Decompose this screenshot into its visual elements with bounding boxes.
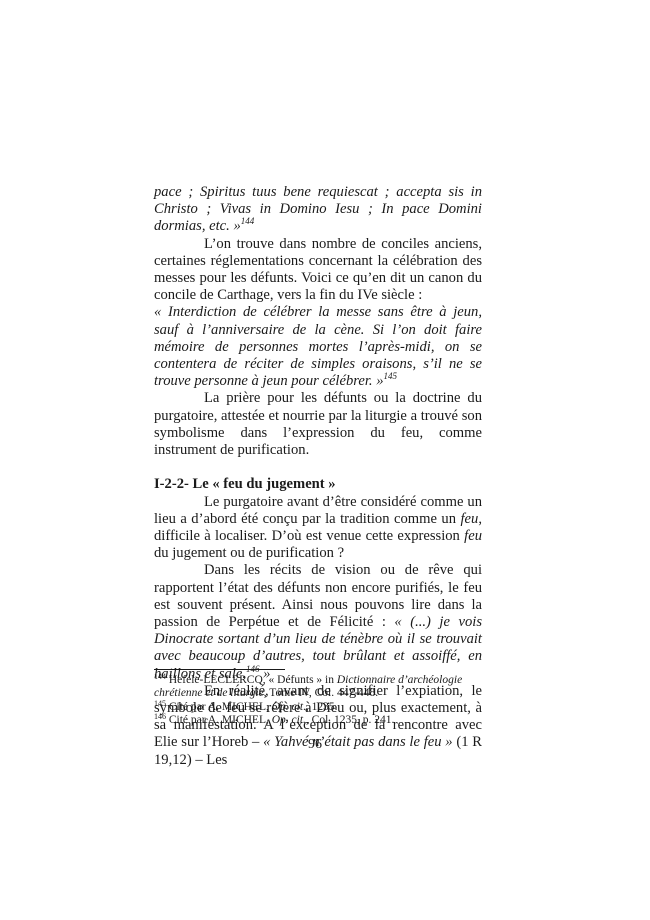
paragraph-carthage-quote: « Interdiction de célébrer la messe sans…	[154, 304, 482, 390]
footnote-number: 146	[154, 712, 166, 721]
paragraph-visions: Dans les récits de vision ou de rêve qui…	[154, 562, 482, 682]
footnote-145: 145 Cité par A. MICHEL, Op. cit., 1235.	[154, 701, 484, 714]
footnote-divider	[154, 669, 285, 670]
footnote-text: Hefele-LECLERCQ, « Défunts » in	[166, 674, 337, 686]
footnote-text: , Tome IV, Col. 447-448.	[264, 687, 378, 699]
quote-text: « Interdiction de célébrer la messe sans…	[154, 304, 482, 389]
footnote-text: , Col. 1235, p. 241.	[306, 714, 395, 726]
paragraph-priere: La prière pour les défunts ou la doctrin…	[154, 390, 482, 459]
footnote-text: Cité par A. MICHEL,	[166, 714, 272, 726]
spacer	[154, 459, 482, 476]
footnote-title: Op. cit	[272, 701, 303, 713]
footnote-title: Op. cit.	[272, 714, 306, 726]
footnote-text: Cité par A. MICHEL,	[166, 701, 272, 713]
footnote-text: ., 1235.	[303, 701, 338, 713]
paragraph-text: du jugement ou de purification ?	[154, 545, 344, 561]
footnote-number: 144	[154, 672, 166, 681]
footnote-ref-144[interactable]: 144	[241, 216, 255, 226]
paragraph-purgatoire: Le purgatoire avant d’être considéré com…	[154, 494, 482, 563]
page-number: 96	[0, 737, 630, 753]
footnote-146: 146 Cité par A. MICHEL, Op. cit., Col. 1…	[154, 714, 484, 727]
emphasis-feu: feu	[464, 528, 482, 544]
paragraph-councils: L’on trouve dans nombre de conciles anci…	[154, 236, 482, 305]
footnote-ref-145[interactable]: 145	[384, 371, 398, 381]
emphasis-feu: feu	[461, 511, 479, 527]
footnotes: 144 Hefele-LECLERCQ, « Défunts » in Dict…	[154, 674, 484, 728]
quote-text: pace ; Spiritus tuus bene requiescat ; a…	[154, 184, 482, 234]
footnote-number: 145	[154, 699, 166, 708]
paragraph-text: Le purgatoire avant d’être considéré com…	[154, 494, 482, 527]
paragraph-quote-end: pace ; Spiritus tuus bene requiescat ; a…	[154, 184, 482, 236]
paragraph-text: La prière pour les défunts ou la doctrin…	[154, 390, 482, 458]
footnote-144: 144 Hefele-LECLERCQ, « Défunts » in Dict…	[154, 674, 484, 701]
paragraph-text: L’on trouve dans nombre de conciles anci…	[154, 236, 482, 304]
section-heading: I-2-2- Le « feu du jugement »	[154, 476, 482, 493]
